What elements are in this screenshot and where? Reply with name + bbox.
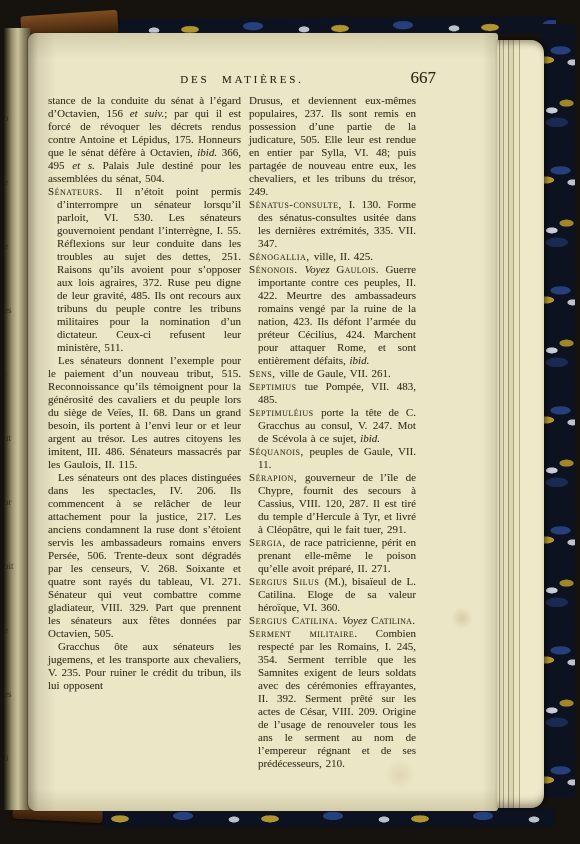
index-paragraph: Sergia, de race patricienne, périt en pr… (249, 537, 416, 576)
index-paragraph: Sénonois. Voyez Gaulois. Guerre importan… (249, 264, 416, 368)
index-entry-head: Sénonois. (249, 264, 305, 276)
index-entry-head: Sénatus-consulte, (249, 199, 349, 211)
page-number: 667 (411, 68, 437, 88)
index-paragraph: stance de la conduite du sénat à l’égard… (48, 95, 241, 186)
index-column-left: stance de la conduite du sénat à l’égard… (48, 95, 241, 771)
running-title: DES MATIÈRES. (48, 74, 436, 86)
book-photo: oeees-ntoroiteesô DES MATIÈRES. 667 stan… (0, 0, 580, 844)
index-column-right: Drusus, et deviennent eux-mêmes populair… (249, 95, 416, 771)
index-entry-head: Sergius Silus (249, 576, 325, 588)
showthrough-text-fragment: oit (4, 562, 14, 571)
page-edges (497, 40, 544, 808)
index-paragraph: Séquanois, peuples de Gaule, VII. 11. (249, 446, 416, 472)
showthrough-text-fragment: e (4, 626, 8, 635)
index-paragraph: Sens, ville de Gaule, VII. 261. (249, 368, 416, 381)
index-entry-head: Sergius Catilina. (249, 615, 342, 627)
index-entry-head: Septimius (249, 381, 305, 393)
showthrough-text-fragment: e (4, 242, 8, 251)
index-paragraph: Serment militaire. Combien respecté par … (249, 628, 416, 771)
index-columns: stance de la conduite du sénat à l’égard… (48, 95, 416, 771)
index-paragraph: Septimuléius porte la tête de C. Gracchu… (249, 407, 416, 446)
index-entry-head: Sergia, (249, 537, 290, 549)
index-paragraph: Sénogallia, ville, II. 425. (249, 251, 416, 264)
index-entry-head: Serment militaire. (249, 628, 376, 640)
index-paragraph: Sénateurs. Il n’étoit point permis d’int… (48, 186, 241, 355)
index-paragraph: Sénatus-consulte, I. 130. Forme des séna… (249, 199, 416, 251)
index-entry-head: Sens, (249, 368, 280, 380)
showthrough-text-fragment: o (4, 114, 9, 123)
index-entry-head: Septimuléius (249, 407, 321, 419)
index-paragraph: Drusus, et deviennent eux-mêmes populair… (249, 95, 416, 199)
index-entry-head: Sénateurs. (48, 186, 116, 198)
index-paragraph: Gracchus ôte aux sénateurs les jugemens,… (48, 641, 241, 693)
showthrough-text-fragment: ô (4, 754, 9, 763)
index-entry-head: Séquanois, (249, 446, 309, 458)
showthrough-text-fragment: nt (4, 434, 11, 443)
showthrough-text-fragment: es (4, 690, 12, 699)
index-paragraph: Les sénateurs donnent l’exemple pour le … (48, 355, 241, 472)
index-paragraph: Sergius Catilina. Voyez Catilina. (249, 615, 416, 628)
showthrough-text-fragment: - (4, 370, 7, 379)
index-paragraph: Septimius tue Pompée, VII. 483, 485. (249, 381, 416, 407)
showthrough-text-fragment: or (4, 498, 12, 507)
showthrough-text-fragment: e (4, 178, 8, 187)
index-paragraph: Sérapion, gouverneur de l’île de Chypre,… (249, 472, 416, 537)
facing-page-edge: oeees-ntoroiteesô (4, 28, 30, 810)
showthrough-text-fragment: es (4, 306, 12, 315)
marbled-cover-right-edge (541, 24, 575, 798)
book-page: DES MATIÈRES. 667 stance de la conduite … (28, 33, 498, 811)
index-entry-head: Sénogallia, (249, 251, 314, 263)
index-entry-head: Sérapion, (249, 472, 305, 484)
index-paragraph: Sergius Silus (M.), bisaïeul de L. Catil… (249, 576, 416, 615)
index-paragraph: Les sénateurs ont des places distinguées… (48, 472, 241, 641)
